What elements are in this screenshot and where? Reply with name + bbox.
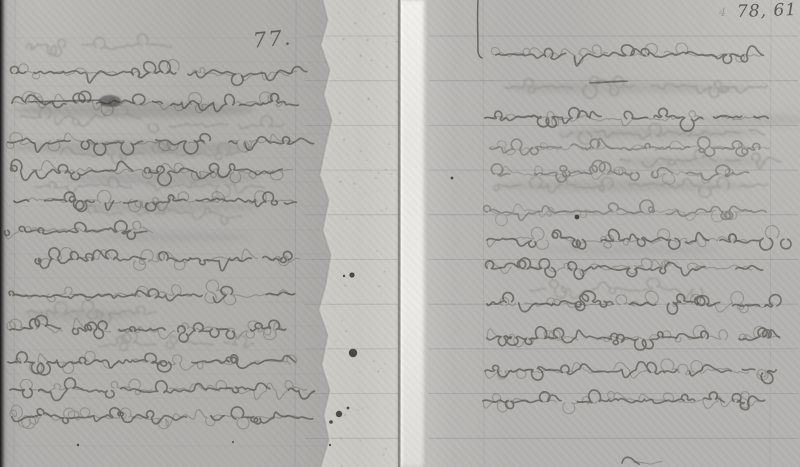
handwriting-overlay [0, 0, 800, 467]
ink-smudges [10, 83, 800, 322]
manuscript-scan: 77. 4 78, 61 [0, 0, 800, 467]
paper-speckles [333, 4, 399, 467]
torn-page-edge [318, 0, 333, 467]
left-page-handwriting [4, 34, 314, 429]
